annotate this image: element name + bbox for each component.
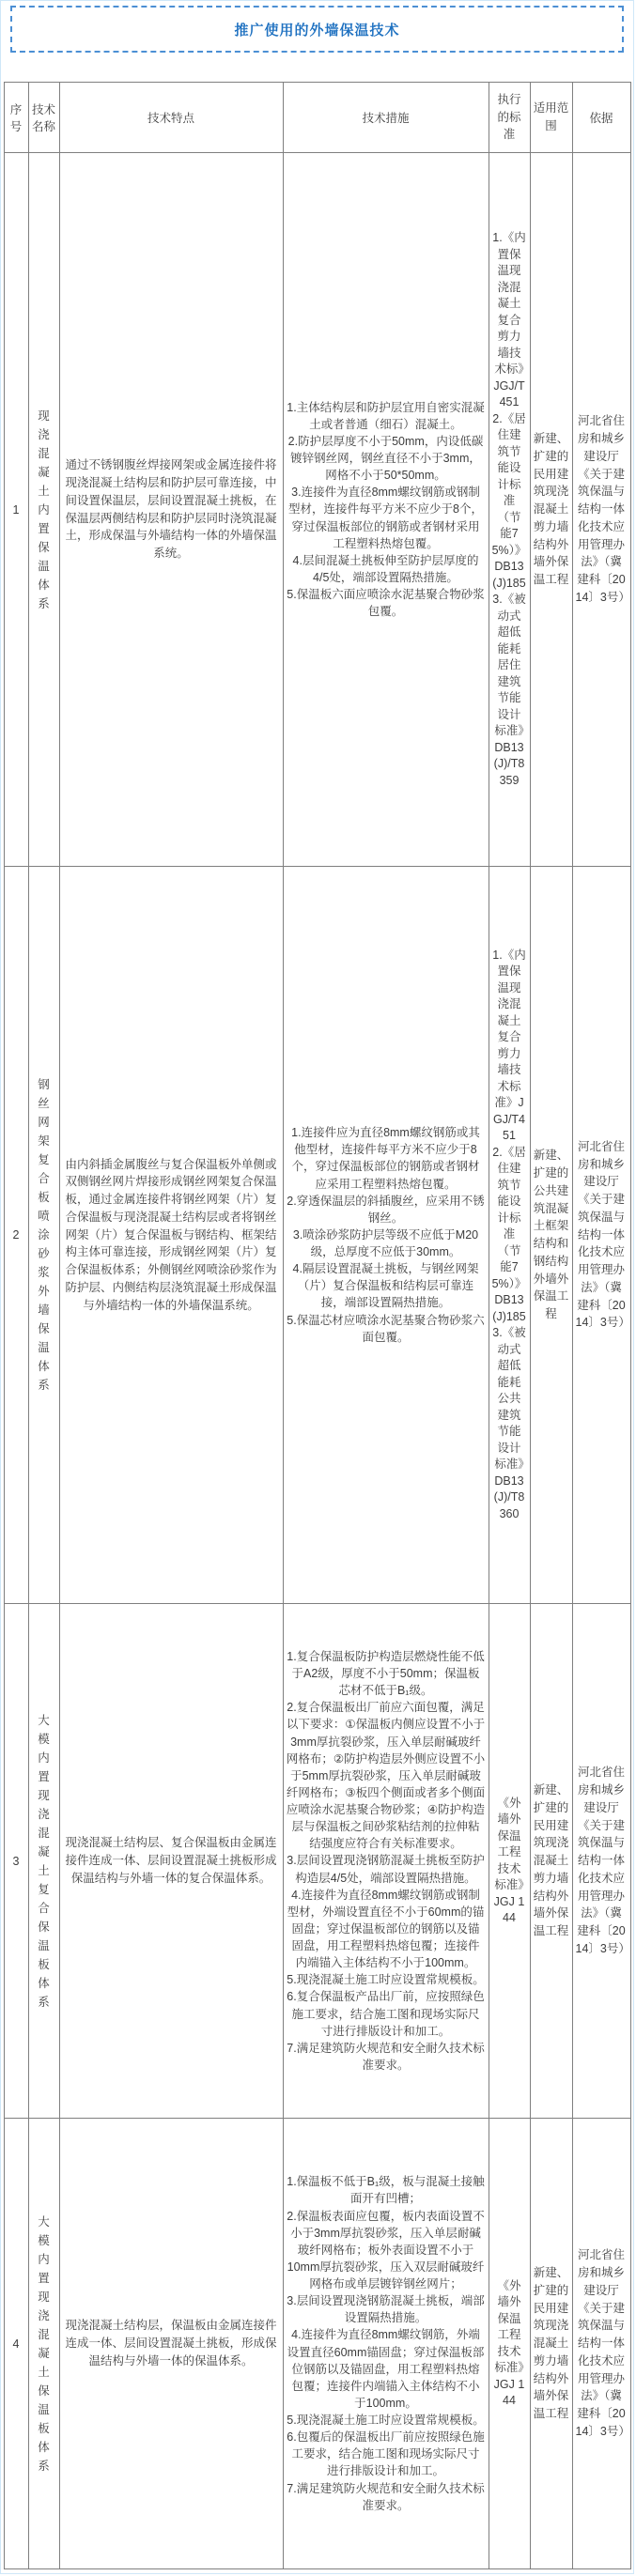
row1-features: 通过不锈钢腹丝焊接网架或金属连接件将现浇混凝土结构层和防护层可靠连接，中间设置保… (59, 153, 283, 867)
table-header-row: 序号 技术名称 技术特点 技术措施 执行的标准 适用范围 依据 (4, 83, 630, 153)
row4-tech-name: 大模内置现浇混凝土保温板体系 (28, 2119, 59, 2569)
row4-basis: 河北省住房和城乡建设厅《关于建筑保温与结构一体化技术应用管理办法》（冀建科〔20… (572, 2119, 630, 2569)
row3-features: 现浇混凝土结构层、复合保温板由金属连接件连成一体、层间设置混凝土挑板形成保温结构… (59, 1604, 283, 2119)
table-row-1: 1 现浇混凝土内置保温体系 通过不锈钢腹丝焊接网架或金属连接件将现浇混凝土结构层… (4, 153, 630, 867)
row1-basis: 河北省住房和城乡建设厅《关于建筑保温与结构一体化技术应用管理办法》（冀建科〔20… (572, 153, 630, 867)
row4-standards: 《外墙外保温工程技术标准》JGJ 144 (489, 2119, 530, 2569)
row1-standards: 1.《内置保温现浇混凝土复合剪力墙技术标》JGJ/T451 2.《居住建筑节能设… (489, 153, 530, 867)
row1-measures: 1.主体结构层和防护层宜用自密实混凝土或者普通（细石）混凝土。 2.防护层厚度不… (283, 153, 489, 867)
table-row-4: 4 大模内置现浇混凝土保温板体系 现浇混凝土结构层，保温板由金属连接件连成一体、… (4, 2119, 630, 2569)
row4-scope: 新建、扩建的民用建筑现浇混凝土剪力墙结构外墙外保温工程 (530, 2119, 572, 2569)
header-standards: 执行的标准 (489, 83, 530, 153)
insulation-tech-table: 序号 技术名称 技术特点 技术措施 执行的标准 适用范围 依据 1 现浇混凝土内… (4, 82, 631, 2569)
row2-features: 由内斜插金属腹丝与复合保温板外单侧或双侧钢丝网片焊接形成钢丝网架复合保温板，通过… (59, 867, 283, 1604)
row3-standards: 《外墙外保温工程技术标准》JGJ 144 (489, 1604, 530, 2119)
row4-features: 现浇混凝土结构层，保温板由金属连接件连成一体、层间设置混凝土挑板，形成保温结构与… (59, 2119, 283, 2569)
title-box: 推广使用的外墙保温技术 (10, 6, 624, 53)
row2-scope: 新建、扩建的公共建筑混凝土框架结构和钢结构外墙外保温工程 (530, 867, 572, 1604)
row3-scope: 新建、扩建的民用建筑现浇混凝土剪力墙结构外墙外保温工程 (530, 1604, 572, 2119)
header-scope: 适用范围 (530, 83, 572, 153)
row2-seq: 2 (4, 867, 28, 1604)
row3-basis: 河北省住房和城乡建设厅《关于建筑保温与结构一体化技术应用管理办法》（冀建科〔20… (572, 1604, 630, 2119)
header-name: 技术名称 (28, 83, 59, 153)
page-container: 推广使用的外墙保温技术 序号 技术名称 技术特点 技术措施 执行的标准 适用范围… (0, 0, 634, 2574)
row3-measures: 1.复合保温板防护构造层燃烧性能不低于A2级，厚度不小于50mm；保温板芯材不低… (283, 1604, 489, 2119)
table-row-2: 2 钢丝网架复合板喷涂砂浆外墙保温体系 由内斜插金属腹丝与复合保温板外单侧或双侧… (4, 867, 630, 1604)
header-measures: 技术措施 (283, 83, 489, 153)
row4-measures: 1.保温板不低于B₁级，板与混凝土接触面开有凹槽； 2.保温板表面应包覆，板内表… (283, 2119, 489, 2569)
table-row-3: 3 大模内置现浇混凝土复合保温板体系 现浇混凝土结构层、复合保温板由金属连接件连… (4, 1604, 630, 2119)
row4-seq: 4 (4, 2119, 28, 2569)
page-title: 推广使用的外墙保温技术 (234, 20, 399, 39)
row3-seq: 3 (4, 1604, 28, 2119)
row1-scope: 新建、扩建的民用建筑现浇混凝土剪力墙结构外墙外保温工程 (530, 153, 572, 867)
row3-tech-name: 大模内置现浇混凝土复合保温板体系 (28, 1604, 59, 2119)
header-seq: 序号 (4, 83, 28, 153)
row2-standards: 1.《内置保温现浇混凝土复合剪力墙技术标准》JGJ/T451 2.《居住建筑节能… (489, 867, 530, 1604)
header-features: 技术特点 (59, 83, 283, 153)
row2-tech-name: 钢丝网架复合板喷涂砂浆外墙保温体系 (28, 867, 59, 1604)
row1-tech-name: 现浇混凝土内置保温体系 (28, 153, 59, 867)
row1-seq: 1 (4, 153, 28, 867)
row2-measures: 1.连接件应为直径8mm螺纹钢筋或其他型材，连接件每平方米不应少于8个，穿过保温… (283, 867, 489, 1604)
row2-basis: 河北省住房和城乡建设厅《关于建筑保温与结构一体化技术应用管理办法》（冀建科〔20… (572, 867, 630, 1604)
header-basis: 依据 (572, 83, 630, 153)
